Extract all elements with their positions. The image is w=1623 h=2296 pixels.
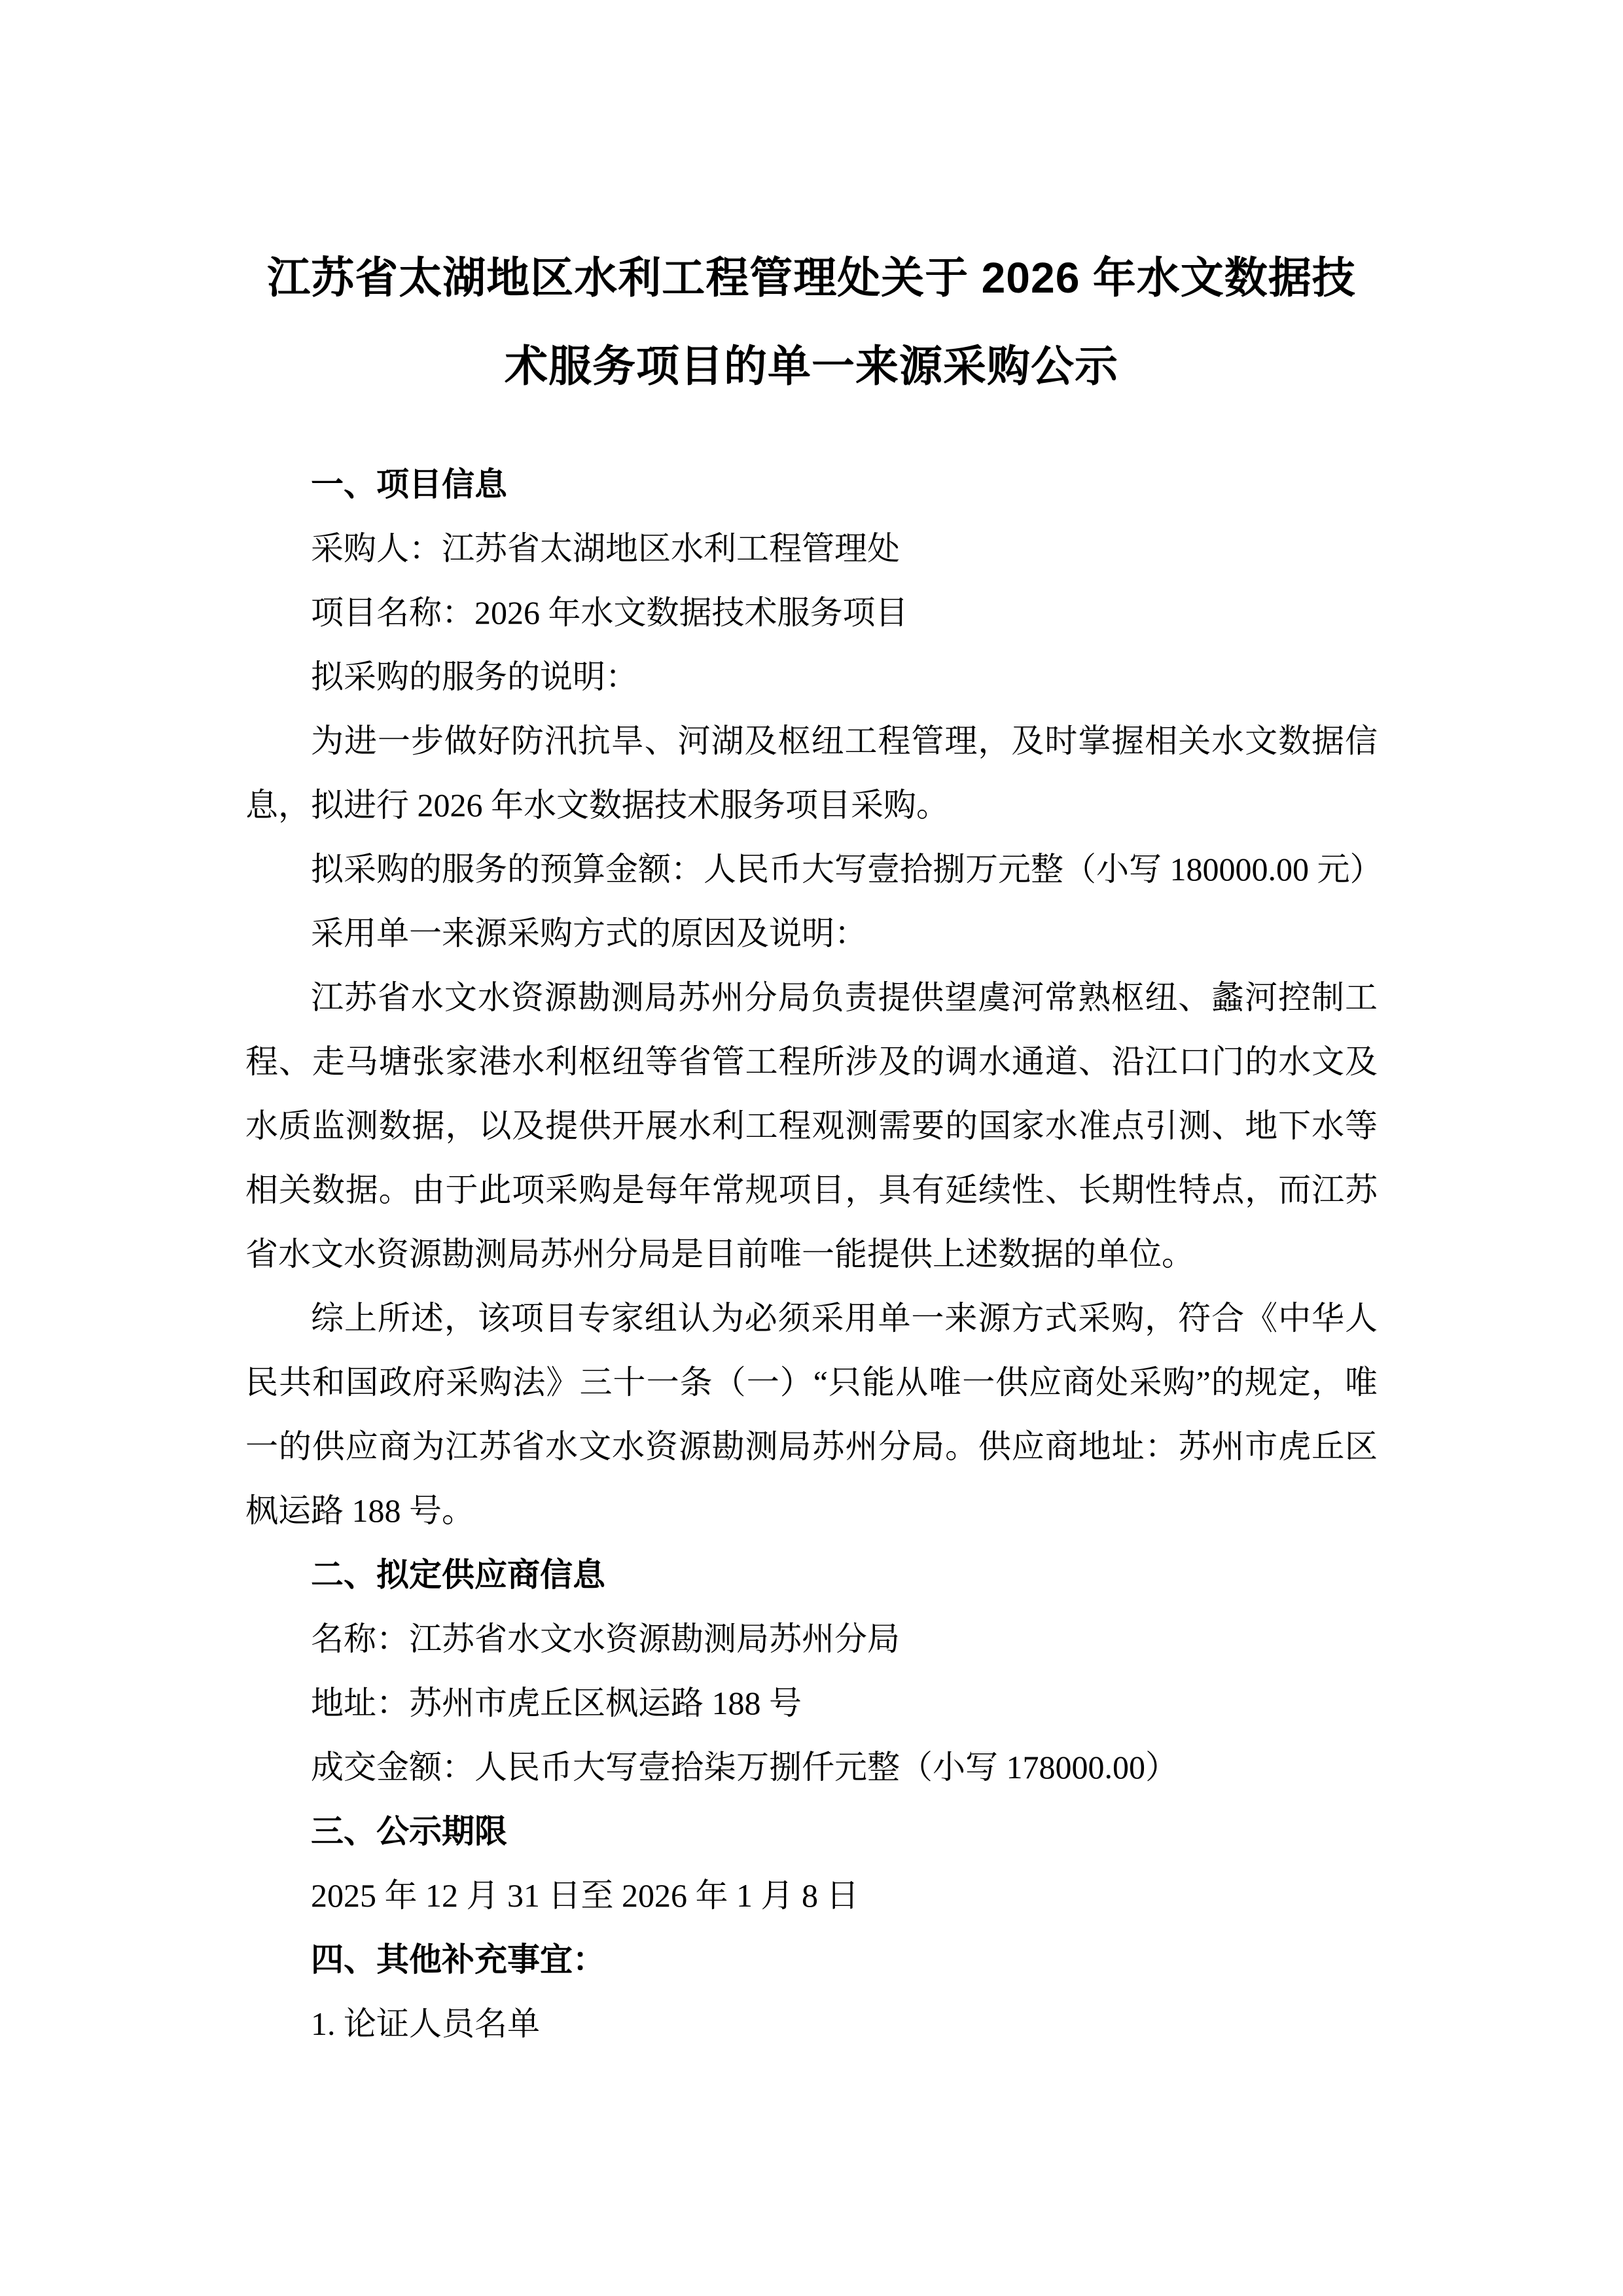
document-page: 江苏省太湖地区水利工程管理处关于 2026 年水文数据技 术服务项目的单一来源采… (0, 0, 1623, 2296)
document-body: 一、项目信息 采购人：江苏省太湖地区水利工程管理处 项目名称：2026 年水文数… (245, 452, 1378, 2056)
para-publicity-period-dates: 2025 年 12 月 31 日至 2026 年 1 月 8 日 (245, 1863, 1378, 1928)
para-single-source-reason: 江苏省水文水资源勘测局苏州分局负责提供望虞河常熟枢纽、蠡河控制工程、走马塘张家港… (245, 965, 1378, 1286)
para-single-source-reason-label: 采用单一来源采购方式的原因及说明： (245, 901, 1378, 965)
para-expert-list-label: 1. 论证人员名单 (245, 1992, 1378, 2056)
para-supplier-address: 地址：苏州市虎丘区枫运路 188 号 (245, 1671, 1378, 1735)
para-service-description: 为进一步做好防汛抗旱、河湖及枢纽工程管理，及时掌握相关水文数据信息，拟进行 20… (245, 709, 1378, 837)
section-heading-project-info: 一、项目信息 (245, 452, 1378, 516)
section-heading-supplier-info: 二、拟定供应商信息 (245, 1543, 1378, 1607)
para-conclusion: 综上所述，该项目专家组认为必须采用单一来源方式采购，符合《中华人民共和国政府采购… (245, 1286, 1378, 1543)
document-content: 江苏省太湖地区水利工程管理处关于 2026 年水文数据技 术服务项目的单一来源采… (245, 0, 1378, 2056)
para-service-description-label: 拟采购的服务的说明： (245, 645, 1378, 709)
para-supplier-name: 名称：江苏省水文水资源勘测局苏州分局 (245, 1607, 1378, 1671)
document-title-line-2: 术服务项目的单一来源采购公示 (245, 322, 1378, 410)
para-budget-amount: 拟采购的服务的预算金额：人民币大写壹拾捌万元整（小写 180000.00 元） (245, 837, 1378, 901)
para-purchaser: 采购人：江苏省太湖地区水利工程管理处 (245, 516, 1378, 581)
document-title: 江苏省太湖地区水利工程管理处关于 2026 年水文数据技 术服务项目的单一来源采… (245, 234, 1378, 410)
para-project-name: 项目名称：2026 年水文数据技术服务项目 (245, 581, 1378, 645)
para-award-amount: 成交金额：人民币大写壹拾柒万捌仟元整（小写 178000.00） (245, 1735, 1378, 1799)
section-heading-other-matters: 四、其他补充事宜： (245, 1928, 1378, 1992)
section-heading-publicity-period: 三、公示期限 (245, 1799, 1378, 1863)
document-title-line-1: 江苏省太湖地区水利工程管理处关于 2026 年水文数据技 (245, 234, 1378, 322)
